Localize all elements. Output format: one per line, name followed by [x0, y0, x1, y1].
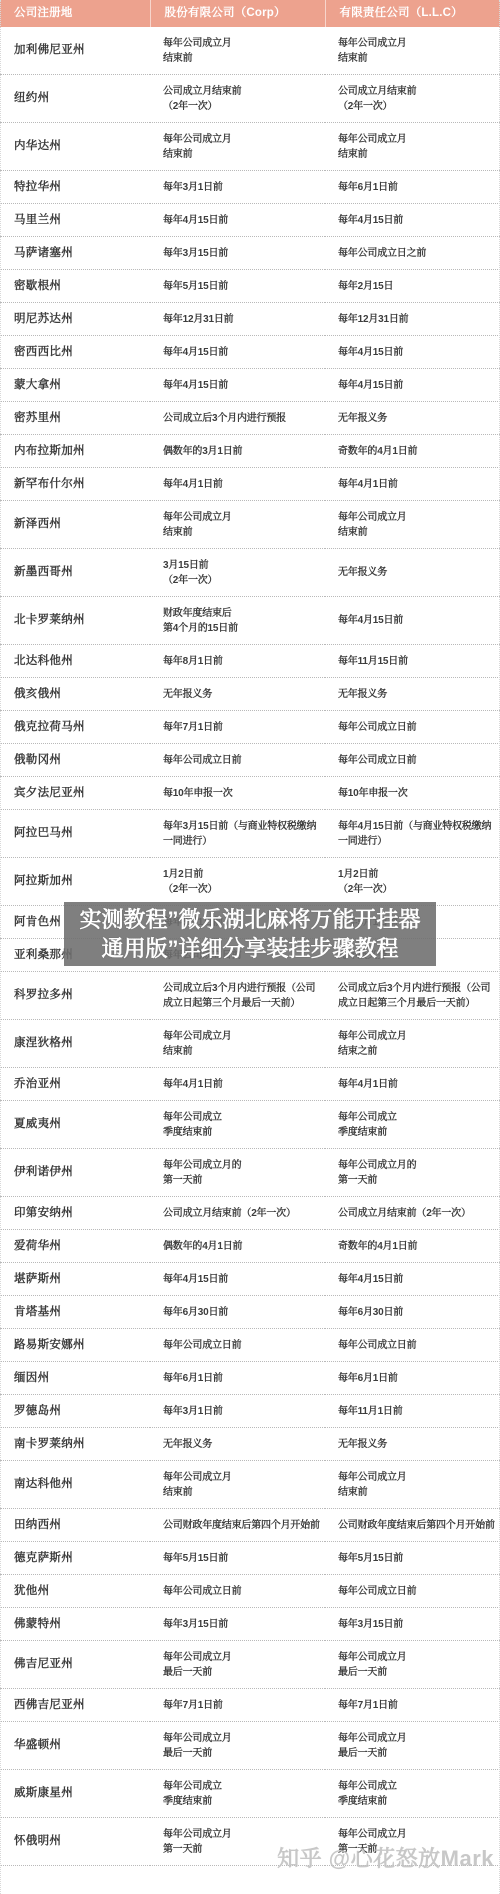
spam-overlay-line2: 通用版”详细分享装挂步骤教程	[101, 934, 398, 963]
spam-overlay-banner: 实测教程”微乐湖北麻将万能开挂器 通用版”详细分享装挂步骤教程	[64, 902, 436, 966]
zhihu-watermark: 知乎 @心花怒放Mark	[277, 1842, 494, 1873]
spam-overlay-line1: 实测教程”微乐湖北麻将万能开挂器	[79, 905, 420, 934]
